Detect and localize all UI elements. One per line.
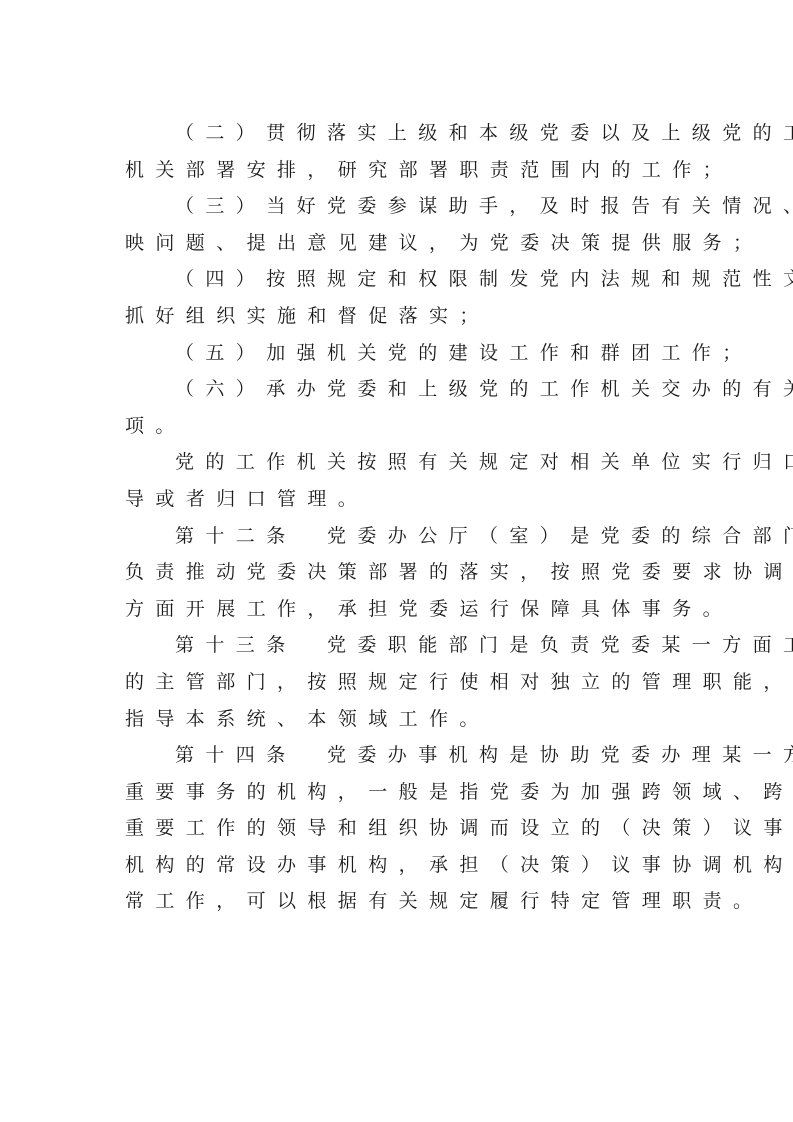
text-line: 机关部署安排，研究部署职责范围内的工作； [125,152,673,189]
paragraph-item-6: （六）承办党委和上级党的工作机关交办的有关事 项。 [125,371,673,444]
text-line: 重要工作的领导和组织协调而设立的（决策）议事协调 [125,810,673,847]
text-line: 负责推动党委决策部署的落实，按照党委要求协调有关 [125,554,673,591]
text-line: 项。 [125,408,673,445]
text-line: 第十四条 党委办事机构是协助党委办理某一方面 [125,737,673,774]
paragraph-item-4: （四）按照规定和权限制发党内法规和规范性文件， 抓好组织实施和督促落实； [125,261,673,334]
text-line: （二）贯彻落实上级和本级党委以及上级党的工作 [125,115,673,152]
document-page: （二）贯彻落实上级和本级党委以及上级党的工作 机关部署安排，研究部署职责范围内的… [0,0,793,1122]
text-line: （三）当好党委参谋助手，及时报告有关情况、反 [125,188,673,225]
text-line: 机构的常设办事机构，承担（决策）议事协调机构的日 [125,847,673,884]
text-line: （五）加强机关党的建设工作和群团工作； [125,335,673,372]
text-line: 导或者归口管理。 [125,481,673,518]
text-line: 的主管部门，按照规定行使相对独立的管理职能，协调 [125,664,673,701]
text-line: 常工作，可以根据有关规定履行特定管理职责。 [125,883,673,920]
text-line: 重要事务的机构，一般是指党委为加强跨领域、跨部门 [125,774,673,811]
article-13: 第十三条 党委职能部门是负责党委某一方面工作 的主管部门，按照规定行使相对独立的… [125,627,673,737]
text-line: 指导本系统、本领域工作。 [125,701,673,738]
paragraph-guikou: 党的工作机关按照有关规定对相关单位实行归口领 导或者归口管理。 [125,444,673,517]
paragraph-item-2: （二）贯彻落实上级和本级党委以及上级党的工作 机关部署安排，研究部署职责范围内的… [125,115,673,188]
paragraph-item-3: （三）当好党委参谋助手，及时报告有关情况、反 映问题、提出意见建议，为党委决策提… [125,188,673,261]
text-line: 第十二条 党委办公厅（室）是党委的综合部门， [125,518,673,555]
paragraph-item-5: （五）加强机关党的建设工作和群团工作； [125,335,673,372]
document-body: （二）贯彻落实上级和本级党委以及上级党的工作 机关部署安排，研究部署职责范围内的… [125,115,673,920]
article-12: 第十二条 党委办公厅（室）是党委的综合部门， 负责推动党委决策部署的落实，按照党… [125,518,673,628]
text-line: 抓好组织实施和督促落实； [125,298,673,335]
text-line: （六）承办党委和上级党的工作机关交办的有关事 [125,371,673,408]
article-14: 第十四条 党委办事机构是协助党委办理某一方面 重要事务的机构，一般是指党委为加强… [125,737,673,920]
text-line: 映问题、提出意见建议，为党委决策提供服务； [125,225,673,262]
text-line: （四）按照规定和权限制发党内法规和规范性文件， [125,261,673,298]
text-line: 方面开展工作，承担党委运行保障具体事务。 [125,591,673,628]
text-line: 第十三条 党委职能部门是负责党委某一方面工作 [125,627,673,664]
text-line: 党的工作机关按照有关规定对相关单位实行归口领 [125,444,673,481]
